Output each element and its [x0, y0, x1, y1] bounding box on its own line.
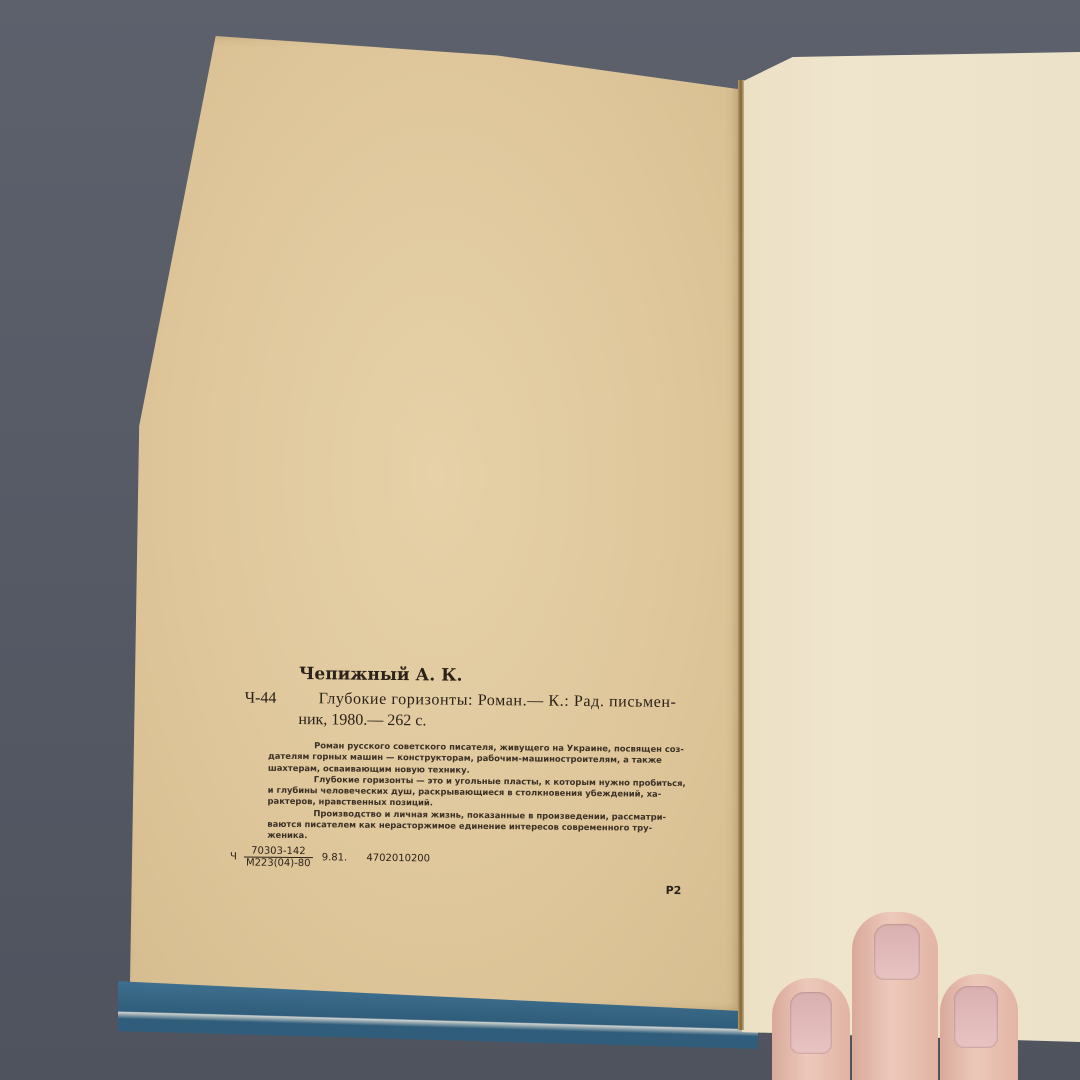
book-gutter [738, 80, 744, 1030]
left-page [130, 36, 742, 1011]
fingernail [790, 992, 832, 1054]
photo-scene: Чепижный А. К. Ч-44 Глубокие горизонты: … [0, 0, 1080, 1080]
hand [770, 908, 1030, 1080]
right-page [742, 52, 1080, 1042]
fingernail [954, 986, 998, 1048]
finger-right [940, 974, 1018, 1080]
call-number: Ч-44 [245, 689, 277, 707]
title-line-2: ник, 1980.— 262 с. [298, 711, 426, 730]
index-fraction: 70303-142 М223(04)-80 [244, 845, 313, 869]
title-line-1: Глубокие горизонты: Роман.— К.: Рад. пис… [319, 690, 677, 712]
classification-code: Р2 [666, 884, 682, 897]
finger-left [772, 978, 850, 1080]
isbn-code: 4702010200 [366, 853, 430, 865]
finger-middle [852, 912, 938, 1080]
fingernail [874, 924, 920, 980]
index-codes: Ч 70303-142 М223(04)-80 9.81. 4702010200 [230, 845, 430, 870]
index-denominator: М223(04)-80 [244, 857, 313, 869]
author-name: Чепижный А. К. [299, 664, 463, 686]
index-letter: Ч [230, 851, 237, 862]
index-numerator: 70303-142 [244, 845, 313, 858]
annotation: Роман русского советского писателя, живу… [267, 740, 730, 847]
date-code: 9.81. [322, 852, 348, 863]
